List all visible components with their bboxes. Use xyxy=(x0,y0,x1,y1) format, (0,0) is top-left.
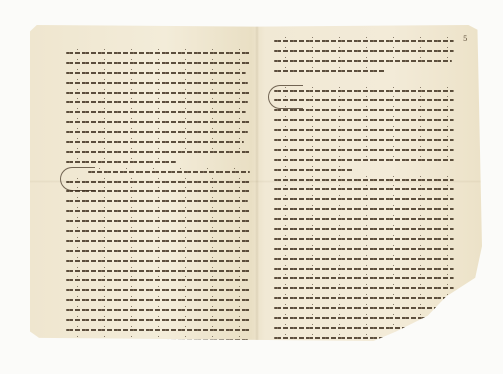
left-page-handwritten-line xyxy=(66,147,250,157)
left-page-handwritten-line xyxy=(66,216,250,226)
left-page xyxy=(66,48,250,345)
left-page-handwritten-line xyxy=(66,157,250,167)
right-page-handwritten-line xyxy=(274,313,454,323)
left-page-handwritten-line xyxy=(66,68,250,78)
right-page-handwritten-line xyxy=(274,155,454,165)
right-page-handwritten-line xyxy=(274,323,454,333)
right-page-handwritten-line xyxy=(274,264,454,274)
left-page-handwritten-line xyxy=(66,266,250,276)
right-page-handwritten-line xyxy=(274,165,454,175)
left-page-handwritten-line xyxy=(66,97,250,107)
left-page-handwritten-line xyxy=(66,127,250,137)
left-page-handwritten-line xyxy=(66,206,250,216)
right-page-handwritten-line xyxy=(274,254,454,264)
left-page-handwritten-line xyxy=(66,285,250,295)
left-page-handwritten-line xyxy=(66,48,250,58)
right-page-handwritten-line xyxy=(274,36,454,46)
right-page-handwritten-line xyxy=(274,214,454,224)
right-page-handwritten-line xyxy=(274,66,454,76)
left-page-handwritten-line xyxy=(66,107,250,117)
right-page-handwritten-line xyxy=(274,204,454,214)
left-page-handwritten-line xyxy=(66,335,250,345)
right-page-handwritten-line xyxy=(274,145,454,155)
left-page-handwritten-line xyxy=(66,58,250,68)
left-page-handwritten-line xyxy=(66,117,250,127)
right-page-handwritten-line xyxy=(274,56,454,66)
left-page-handwritten-line xyxy=(66,226,250,236)
left-page-handwritten-line xyxy=(66,137,250,147)
right-page-handwritten-line xyxy=(274,283,454,293)
right-page-handwritten-line xyxy=(274,194,454,204)
manuscript-sheet: 5 xyxy=(30,25,482,341)
right-page-handwritten-line xyxy=(274,184,454,194)
right-page xyxy=(274,36,454,353)
right-page-handwritten-line xyxy=(274,273,454,283)
left-page-handwritten-line xyxy=(66,88,250,98)
right-page-handwritten-line xyxy=(274,333,454,343)
right-page-handwritten-line xyxy=(274,293,454,303)
paragraph-flourish-right xyxy=(268,85,303,109)
paragraph-flourish-left xyxy=(60,167,95,191)
left-page-handwritten-line xyxy=(66,295,250,305)
left-page-handwritten-line xyxy=(66,78,250,88)
left-page-handwritten-line xyxy=(66,196,250,206)
right-page-handwritten-line xyxy=(274,175,454,185)
right-page-handwritten-line xyxy=(274,303,454,313)
right-page-handwritten-line xyxy=(274,125,454,135)
left-page-handwritten-line xyxy=(66,325,250,335)
left-page-handwritten-line xyxy=(66,236,250,246)
right-page-handwritten-line xyxy=(274,343,454,353)
right-page-handwritten-line xyxy=(274,244,454,254)
left-page-handwritten-line xyxy=(66,305,250,315)
right-page-handwritten-line xyxy=(274,46,454,56)
center-fold xyxy=(255,25,259,341)
right-page-handwritten-line xyxy=(274,224,454,234)
right-page-handwritten-line xyxy=(274,234,454,244)
left-page-handwritten-line xyxy=(66,256,250,266)
folio-number: 5 xyxy=(463,35,467,43)
left-page-handwritten-line xyxy=(66,315,250,325)
right-page-handwritten-line xyxy=(274,115,454,125)
right-page-handwritten-line xyxy=(274,135,454,145)
left-page-handwritten-line xyxy=(66,275,250,285)
left-page-handwritten-line xyxy=(66,246,250,256)
